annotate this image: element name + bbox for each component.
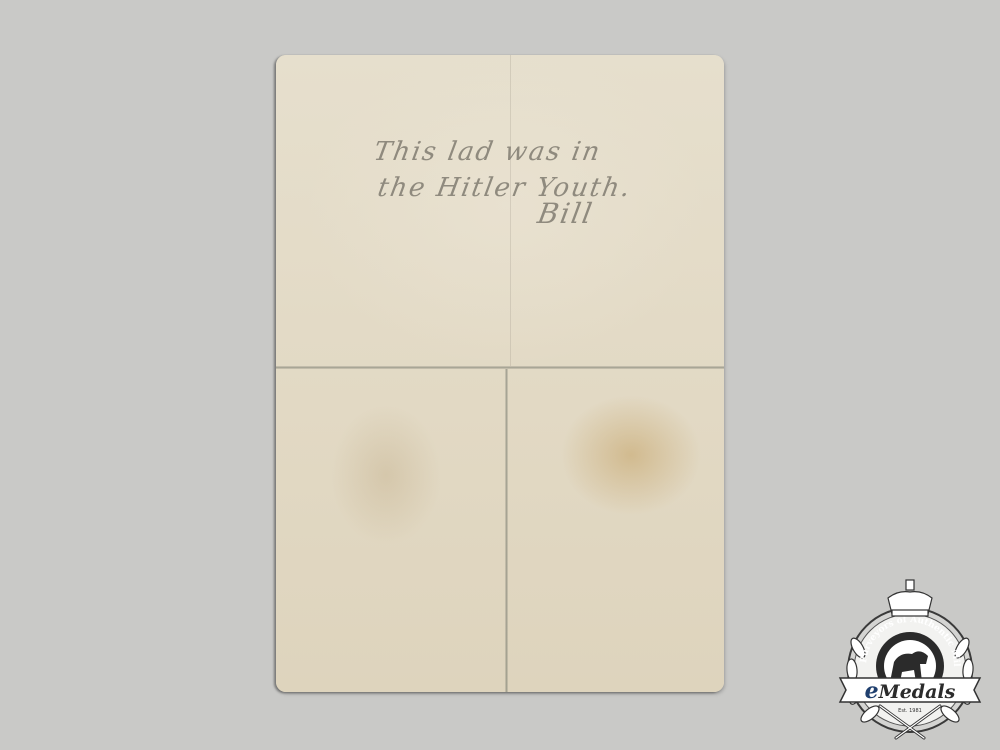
crown-lion-laurel-swords-badge-icon: Purveyors of Authentic Militaria eMedals… <box>836 578 984 744</box>
folded-document: This lad was in the Hitler Youth. Bill <box>276 55 724 692</box>
handwritten-line-1: This lad was in <box>371 137 603 167</box>
handwritten-signature: Bill <box>535 197 596 230</box>
emedals-watermark-logo: Purveyors of Authentic Militaria eMedals… <box>836 578 984 744</box>
established-text: Est. 1981 <box>898 708 922 714</box>
horizontal-fold-crease <box>276 366 724 369</box>
svg-text:eMedals: eMedals <box>865 678 956 704</box>
vertical-fold-crease-bottom <box>505 369 508 692</box>
vertical-fold-crease-top <box>510 55 511 366</box>
